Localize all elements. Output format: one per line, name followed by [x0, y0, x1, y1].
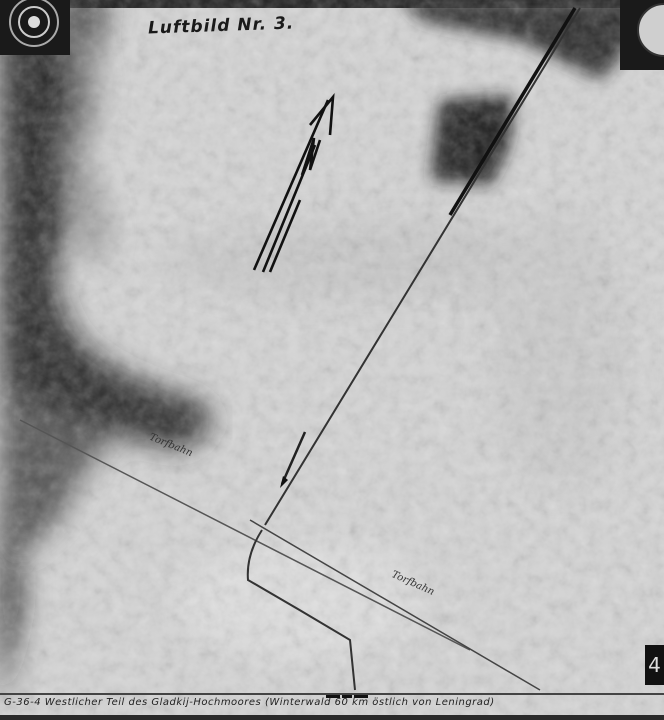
edge-marker: 4 — [645, 645, 664, 685]
aerial-scene — [0, 0, 664, 720]
fiducial-mark-top-left — [0, 0, 70, 55]
aerial-photograph: Luftbild Nr. 3. Torfbahn Torfbahn 4 G-36… — [0, 0, 664, 720]
photo-caption: G-36-4 Westlicher Teil des Gladkij-Hochm… — [4, 697, 664, 708]
fiducial-mark-top-right — [620, 0, 664, 70]
